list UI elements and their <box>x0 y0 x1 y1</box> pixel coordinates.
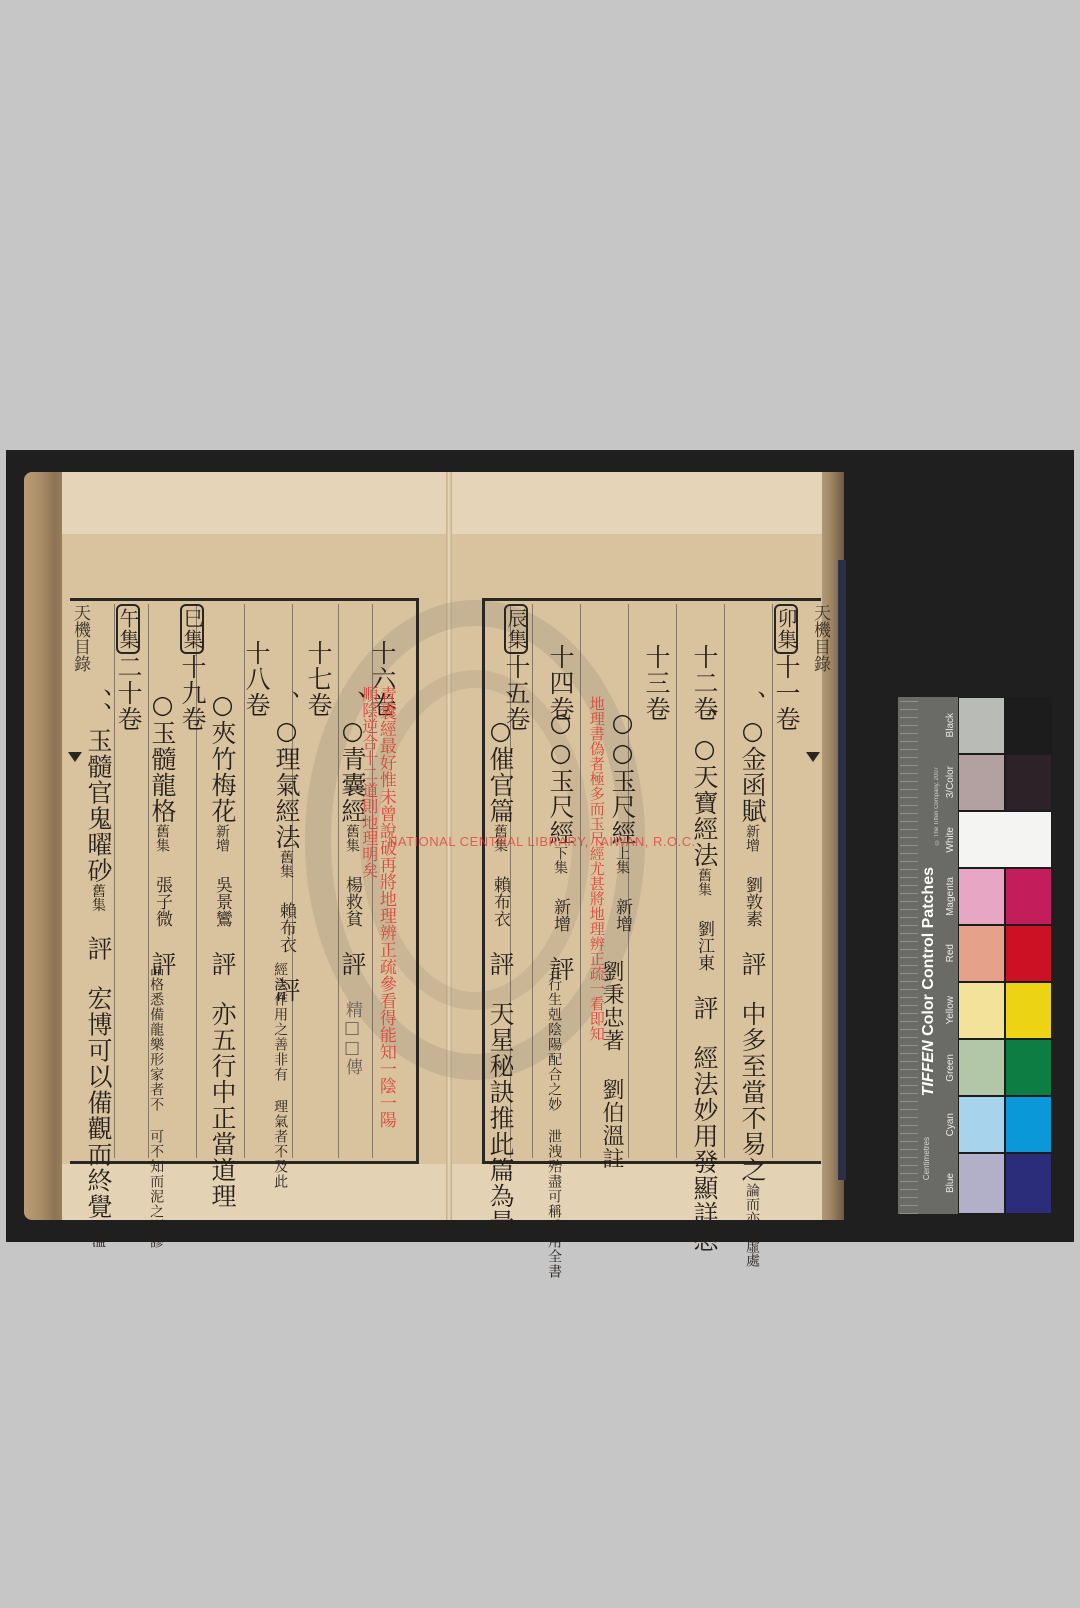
margin-title-right: 天機目錄 <box>808 604 833 672</box>
toc-column: ○玉髓龍格舊集張子微評 <box>150 690 175 977</box>
swatch-cyan: Cyan <box>958 1096 1052 1153</box>
swatch-dark <box>1005 1039 1052 1096</box>
swatch-3color: 3/Color <box>958 754 1052 811</box>
swatch-light <box>958 697 1005 754</box>
library-watermark: NATIONAL CENTRAL LIBRARY, TAIWAN, R.O.C. <box>388 834 696 849</box>
swatch-green: Green <box>958 1039 1052 1096</box>
swatch-red: Red <box>958 925 1052 982</box>
swatch-white: White <box>958 811 1052 868</box>
volume-tag: 巳集 <box>180 604 204 654</box>
toc-column-comment: 經法作用之善非有 理氣者不及此 <box>272 962 288 1189</box>
swatch-dark <box>1005 982 1052 1039</box>
swatch-dark <box>1005 1153 1052 1214</box>
ruler-units: Centimetres <box>922 1137 931 1180</box>
toc-column: 、○天寶經法舊集劉江東評經法妙用發顯詳悉 <box>692 708 717 1253</box>
swatch-dark <box>1005 868 1052 925</box>
volume-tag: 辰集 <box>504 604 528 654</box>
toc-column: 、○理氣經法舊集賴布衣評 <box>274 690 299 1003</box>
swatch-light <box>958 925 1005 982</box>
top-margin-band <box>450 472 822 534</box>
volume-tag: 卯集 <box>774 604 798 654</box>
ruler-ticks <box>900 697 918 1214</box>
top-margin-band <box>62 472 450 534</box>
swatch-black: Black <box>958 697 1052 754</box>
patch-copyright: © The Tiffen Company, 2007 <box>934 767 940 845</box>
margin-title-left: 天機目錄 <box>68 604 93 672</box>
column-rule <box>724 604 725 1158</box>
swatch-white-full <box>958 811 1052 868</box>
swatch-light <box>958 982 1005 1039</box>
toc-column: ○夾竹梅花新增吳景鸞評亦五行中正當道理 <box>210 690 235 1209</box>
swatch-yellow: Yellow <box>958 982 1052 1039</box>
swatch-magenta: Magenta <box>958 868 1052 925</box>
toc-column: 卯集十一卷 <box>774 604 799 732</box>
toc-column-comment: 品格悉備龍樂形家者不 可不知而泥之則謬 <box>148 962 164 1249</box>
column-rule <box>532 604 533 1158</box>
toc-column: 十七卷 <box>306 640 331 718</box>
book-cover-edge <box>838 560 846 1180</box>
swatch-dark <box>1005 754 1052 811</box>
column-rule <box>676 604 677 1158</box>
swatch-dark <box>1005 1096 1052 1153</box>
toc-column: 十八卷 <box>244 640 269 718</box>
patch-title: TIFFEN Color Control Patches <box>920 867 938 1096</box>
toc-column-comment: 五行生剋陰陽配合之妙 泄洩殆盡可稱體用全書 <box>546 962 562 1279</box>
toc-column: ○○玉尺經上集新增 <box>610 708 635 932</box>
swatch-light <box>958 868 1005 925</box>
red-handwritten-annotation-2: 順陰逆合十二道則地理明矣 <box>360 686 377 878</box>
toc-column: 、、玉髓官鬼曜砂舊集評宏博可以備觀而終覺泛濫 <box>86 688 111 1248</box>
toc-column: 、○催官篇舊集賴布衣評天星秘訣推此篇為最 <box>488 690 513 1235</box>
swatch-light <box>958 754 1005 811</box>
column-rule <box>338 604 339 1158</box>
column-rule <box>580 604 581 1158</box>
bottom-margin-band <box>62 1164 450 1220</box>
volume-tag: 午集 <box>116 604 140 654</box>
red-handwritten-annotation: 地理書偽者極多而玉尺經尤甚將地理辨正疏一看即知 <box>588 696 604 1041</box>
toc-column: 巳集十九卷 <box>180 604 205 732</box>
toc-column: 十三卷 <box>644 644 669 722</box>
toc-column: 午集二十卷 <box>116 604 141 732</box>
swatch-light <box>958 1153 1005 1214</box>
swatch-dark <box>1005 697 1052 754</box>
swatch-light <box>958 1096 1005 1153</box>
tiffen-color-control-patch: TIFFEN Color Control Patches © The Tiffe… <box>898 697 1052 1214</box>
swatch-light <box>958 1039 1005 1096</box>
swatch-blue: Blue <box>958 1153 1052 1214</box>
swatch-dark <box>1005 925 1052 982</box>
toc-column: 、○金函賦新增劉敦素評中多至當不易之論而亦有虛處 <box>740 690 765 1267</box>
